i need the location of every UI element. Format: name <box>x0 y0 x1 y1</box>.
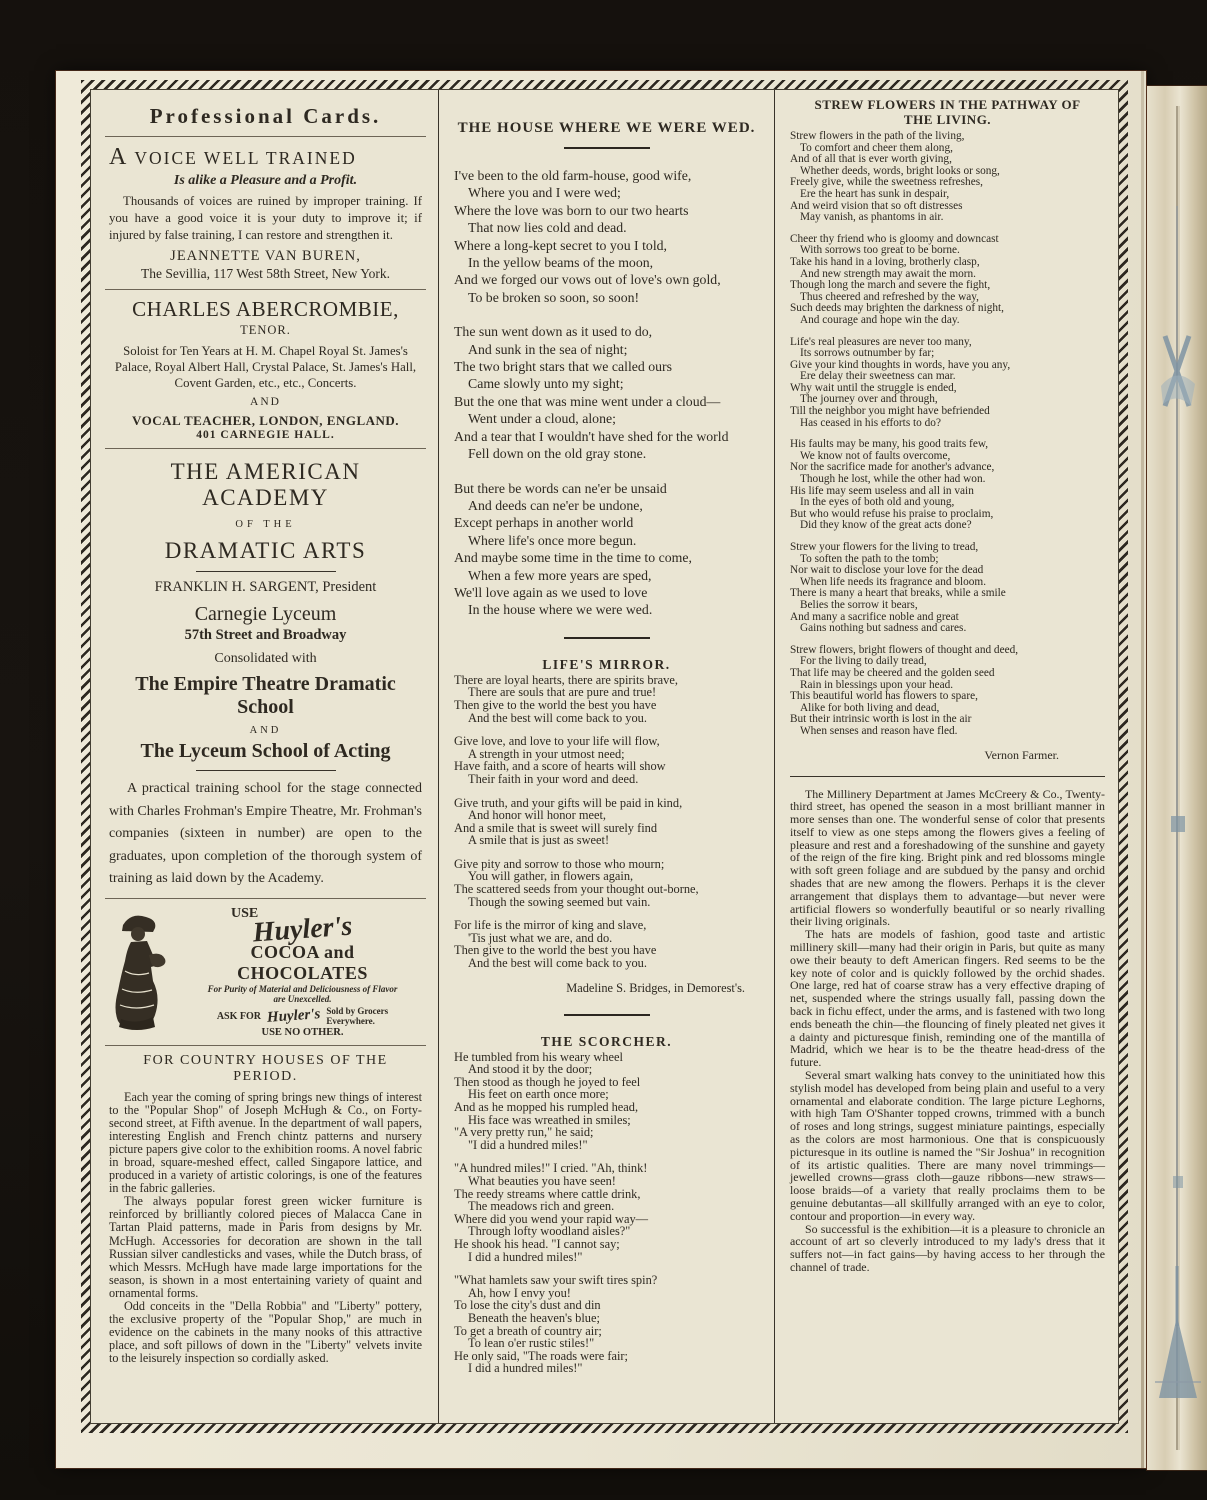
ad-title: A VOICE WELL TRAINED <box>109 144 422 171</box>
paragraph: The always popular forest green wicker f… <box>109 1195 422 1300</box>
poem-line: Where a long-kept secret to you I told, <box>454 237 759 254</box>
poem-line: The two bright stars that we called ours <box>454 358 759 375</box>
poem-line: But the one that was mine went under a c… <box>454 393 759 410</box>
poem-line: Beneath the heaven's blue; <box>454 1312 759 1325</box>
poem-body: He tumbled from his weary wheelAnd stood… <box>454 1051 759 1375</box>
poem-line: I've been to the old farm-house, good wi… <box>454 167 759 184</box>
poem-line: We'll love again as we used to love <box>454 584 759 601</box>
poem-body: Strew flowers in the path of the living,… <box>790 131 1105 738</box>
poem-line: In the house where we were wed. <box>454 601 759 618</box>
stanza: Give love, and love to your life will fl… <box>454 735 759 785</box>
poem-attribution: Madeline S. Bridges, in Demorest's. <box>454 981 759 996</box>
paragraph: Each year the coming of spring brings ne… <box>109 1091 422 1196</box>
academy-title-line2: OF THE <box>109 519 422 530</box>
binding-stitches-icon <box>1147 86 1207 1470</box>
stanza: Strew flowers, bright flowers of thought… <box>790 645 1105 738</box>
ad-and: AND <box>109 396 422 408</box>
ad-body: Soloist for Ten Years at H. M. Chapel Ro… <box>113 343 418 391</box>
poem-line: I did a hundred miles!" <box>454 1251 759 1264</box>
huylers-tagline2: are Unexcelled. <box>183 994 422 1005</box>
poem-line: But there be words can ne'er be unsaid <box>454 480 759 497</box>
divider <box>196 571 336 572</box>
huylers-woman-illustration <box>109 911 179 1033</box>
ad-american-academy: THE AMERICAN ACADEMY OF THE DRAMATIC ART… <box>109 459 422 891</box>
poem-line: What beauties you have seen! <box>454 1175 759 1188</box>
poem-line: And the best will come back to you. <box>454 957 759 970</box>
poem-line: In the yellow beams of the moon, <box>454 254 759 271</box>
ad-voice-well-trained: A VOICE WELL TRAINED Is alike a Pleasure… <box>109 144 422 282</box>
advertiser-name: JEANNETTE VAN BUREN, <box>109 248 422 265</box>
poem-line: The meadows rich and green. <box>454 1200 759 1213</box>
poem-line: Except perhaps in another world <box>454 514 759 531</box>
middle-column: THE HOUSE WHERE WE WERE WED. I've been t… <box>438 90 775 1423</box>
divider <box>105 448 426 449</box>
poem-strew-flowers: STREW FLOWERS IN THE PATHWAY OF THE LIVI… <box>790 97 1105 763</box>
poem-line: "I did a hundred miles!" <box>454 1139 759 1152</box>
huylers-use-no-other: USE NO OTHER. <box>183 1027 422 1038</box>
stanza: He tumbled from his weary wheelAnd stood… <box>454 1051 759 1152</box>
poem-line: Though long the march and severe the fig… <box>790 280 1105 292</box>
poem-line: Did they know of the great acts done? <box>790 520 1105 532</box>
article-millinery: The Millinery Department at James McCree… <box>790 788 1105 1274</box>
stanza: Give pity and sorrow to those who mourn;… <box>454 858 759 908</box>
poem-line: And courage and hope win the day. <box>790 315 1105 327</box>
advertiser-role: TENOR. <box>109 323 422 338</box>
stanza: "A hundred miles!" I cried. "Ah, think!W… <box>454 1162 759 1263</box>
right-column: STREW FLOWERS IN THE PATHWAY OF THE LIVI… <box>775 90 1118 1423</box>
poem-line: Its sorrows outnumber by far; <box>790 348 1105 360</box>
poem-line: Gains nothing but sadness and cares. <box>790 623 1105 635</box>
poem-line: Has ceased in his efforts to do? <box>790 418 1105 430</box>
stanza: His faults may be many, his good traits … <box>790 439 1105 532</box>
poem-line: Take his hand in a loving, brotherly cla… <box>790 257 1105 269</box>
huylers-ask-for: ASK FOR <box>217 1011 261 1022</box>
poem-line: May vanish, as phantoms in air. <box>790 212 1105 224</box>
advertiser-address: The Sevillia, 117 West 58th Street, New … <box>109 266 422 282</box>
poem-title: STREW FLOWERS IN THE PATHWAY OF THE LIVI… <box>790 97 1105 127</box>
divider <box>564 1014 650 1016</box>
stanza: "What hamlets saw your swift tires spin?… <box>454 1274 759 1375</box>
poem-line: "A very pretty run," he said; <box>454 1126 759 1139</box>
paragraph: Several smart walking hats convey to the… <box>790 1069 1105 1223</box>
poem-line: To lean o'er rustic stiles!" <box>454 1337 759 1350</box>
poem-line: Went under a cloud, alone; <box>454 410 759 427</box>
poem-line: And stood it by the door; <box>454 1063 759 1076</box>
academy-venue: Carnegie Lyceum <box>109 603 422 626</box>
paragraph: The Millinery Department at James McCree… <box>790 788 1105 929</box>
article-country-houses: FOR COUNTRY HOUSES OF THE PERIOD. Each y… <box>109 1053 422 1366</box>
poem-line: And the best will come back to you. <box>454 712 759 725</box>
huylers-sold-line2: Everywhere. <box>326 1016 375 1026</box>
poem-line: Their faith in your word and deed. <box>454 773 759 786</box>
academy-president: FRANKLIN H. SARGENT, President <box>109 579 422 596</box>
article-body: Each year the coming of spring brings ne… <box>109 1091 422 1366</box>
huylers-brand-script-small: Huyler's <box>266 1006 320 1027</box>
poem-line: And honor will honor meet, <box>454 809 759 822</box>
poem-line: That life may be cheered and the golden … <box>790 668 1105 680</box>
stanza: There are loyal hearts, there are spirit… <box>454 674 759 724</box>
poem-line: When a few more years are sped, <box>454 567 759 584</box>
poem-line: Fell down on the old gray stone. <box>454 445 759 462</box>
page-content-area: Professional Cards. A VOICE WELL TRAINED… <box>90 89 1119 1424</box>
academy-and: AND <box>109 725 422 736</box>
professional-cards-header: Professional Cards. <box>109 104 422 129</box>
ad-huylers: USE Huyler's COCOA and CHOCOLATES For Pu… <box>109 906 422 1038</box>
poem-line: And we forged our vows out of love's own… <box>454 271 759 288</box>
poem-line: Ere the heart has sunk in despair, <box>790 189 1105 201</box>
poem-line: The scattered seeds from your thought ou… <box>454 883 759 896</box>
advertiser-name: CHARLES ABERCROMBIE, <box>109 297 422 322</box>
academy-title-line1: THE AMERICAN ACADEMY <box>109 459 422 511</box>
poem-line: Strew your flowers for the living to tre… <box>790 542 1105 554</box>
academy-title-line3: DRAMATIC ARTS <box>109 538 422 564</box>
poem-line: He shook his head. "I cannot say; <box>454 1238 759 1251</box>
poem-attribution: Vernon Farmer. <box>790 748 1105 763</box>
poem-title-line2: THE LIVING. <box>790 112 1105 127</box>
poem-line: To be broken so soon, so soon! <box>454 289 759 306</box>
huylers-sold-line1: Sold by Grocers <box>326 1006 388 1016</box>
decorative-hatched-border: Professional Cards. A VOICE WELL TRAINED… <box>81 80 1128 1433</box>
poem-line: This beautiful world has flowers to spar… <box>790 691 1105 703</box>
stanza: Strew your flowers for the living to tre… <box>790 542 1105 635</box>
stanza: Cheer thy friend who is gloomy and downc… <box>790 234 1105 327</box>
poem-body: I've been to the old farm-house, good wi… <box>454 167 759 619</box>
poem-line: That now lies cold and dead. <box>454 219 759 236</box>
poem-line: Where life's once more begun. <box>454 532 759 549</box>
divider <box>790 776 1105 777</box>
stanza: Give truth, and your gifts will be paid … <box>454 797 759 847</box>
poem-line: And as he mopped his rumpled head, <box>454 1101 759 1114</box>
article-title: FOR COUNTRY HOUSES OF THE PERIOD. <box>109 1053 422 1085</box>
poem-the-scorcher: THE SCORCHER. He tumbled from his weary … <box>454 1034 759 1375</box>
huylers-text: USE Huyler's COCOA and CHOCOLATES For Pu… <box>183 906 422 1038</box>
stanza: I've been to the old farm-house, good wi… <box>454 167 759 306</box>
poem-line: And maybe some time in the time to come, <box>454 549 759 566</box>
poem-line: Though the sowing seemed but vain. <box>454 896 759 909</box>
divider <box>105 136 426 137</box>
divider <box>564 147 650 149</box>
program-page: Professional Cards. A VOICE WELL TRAINED… <box>56 71 1146 1468</box>
poem-line: And sunk in the sea of night; <box>454 341 759 358</box>
poem-line: I did a hundred miles!" <box>454 1362 759 1375</box>
divider <box>196 770 336 771</box>
poem-line: And deeds can ne'er be undone, <box>454 497 759 514</box>
ad-hall-line: 401 CARNEGIE HALL. <box>109 429 422 441</box>
ad-subtitle: Is alike a Pleasure and a Profit. <box>109 173 422 189</box>
poem-title: LIFE'S MIRROR. <box>454 657 759 673</box>
divider <box>105 289 426 290</box>
poem-line: A smile that is just as sweet! <box>454 834 759 847</box>
stanza: Strew flowers in the path of the living,… <box>790 131 1105 224</box>
poem-line: Till the neighbor you might have befrien… <box>790 406 1105 418</box>
poem-line: Strew flowers in the path of the living, <box>790 131 1105 143</box>
poem-line: Give love, and love to your life will fl… <box>454 735 759 748</box>
poem-lifes-mirror: LIFE'S MIRROR. There are loyal hearts, t… <box>454 657 759 996</box>
stanza: Life's real pleasures are never too many… <box>790 337 1105 430</box>
academy-consolidated: Consolidated with <box>109 651 422 667</box>
paragraph: So successful is the exhibition—it is a … <box>790 1223 1105 1274</box>
paragraph: Odd conceits in the "Della Robbia" and "… <box>109 1300 422 1365</box>
poem-line: "What hamlets saw your swift tires spin? <box>454 1274 759 1287</box>
divider <box>105 898 426 899</box>
left-column: Professional Cards. A VOICE WELL TRAINED… <box>91 90 438 1423</box>
huylers-sold-by: Sold by Grocers Everywhere. <box>326 1006 388 1027</box>
poem-line: Belies the sorrow it bears, <box>790 600 1105 612</box>
divider <box>105 1045 426 1046</box>
academy-venue-address: 57th Street and Broadway <box>109 627 422 644</box>
stanza: The sun went down as it used to do,And s… <box>454 323 759 462</box>
paragraph: The hats are models of fashion, good tas… <box>790 928 1105 1069</box>
poem-line: Though he lost, while the other had won. <box>790 474 1105 486</box>
book-binding-edge <box>1147 86 1207 1470</box>
ad-body: Thousands of voices are ruined by improp… <box>109 193 422 244</box>
poem-title-line1: STREW FLOWERS IN THE PATHWAY OF <box>790 97 1105 112</box>
stanza: But there be words can ne'er be unsaidAn… <box>454 480 759 619</box>
huylers-tagline1: For Purity of Material and Deliciousness… <box>183 984 422 995</box>
poem-line: Where you and I were wed; <box>454 184 759 201</box>
academy-school2: The Lyceum School of Acting <box>109 740 422 763</box>
poem-title: THE HOUSE WHERE WE WERE WED. <box>454 120 759 137</box>
divider <box>564 637 650 639</box>
poem-line: Came slowly unto my sight; <box>454 375 759 392</box>
ad-charles-abercrombie: CHARLES ABERCROMBIE, TENOR. Soloist for … <box>109 297 422 441</box>
academy-body: A practical training school for the stag… <box>109 778 422 891</box>
ad-teacher-line: VOCAL TEACHER, LONDON, ENGLAND. <box>109 413 422 429</box>
poem-line: The sun went down as it used to do, <box>454 323 759 340</box>
academy-school1: The Empire Theatre Dramatic School <box>109 673 422 719</box>
poem-line: Where the love was born to our two heart… <box>454 202 759 219</box>
poem-line: Then give to the world the best you have <box>454 699 759 712</box>
poem-line: And a tear that I wouldn't have shed for… <box>454 428 759 445</box>
poem-body: There are loyal hearts, there are spirit… <box>454 674 759 970</box>
poem-line: For life is the mirror of king and slave… <box>454 919 759 932</box>
poem-house-where-we-were-wed: THE HOUSE WHERE WE WERE WED. I've been t… <box>454 120 759 619</box>
stanza: For life is the mirror of king and slave… <box>454 919 759 969</box>
poem-line: When senses and reason have fled. <box>790 726 1105 738</box>
poem-title: THE SCORCHER. <box>454 1034 759 1050</box>
